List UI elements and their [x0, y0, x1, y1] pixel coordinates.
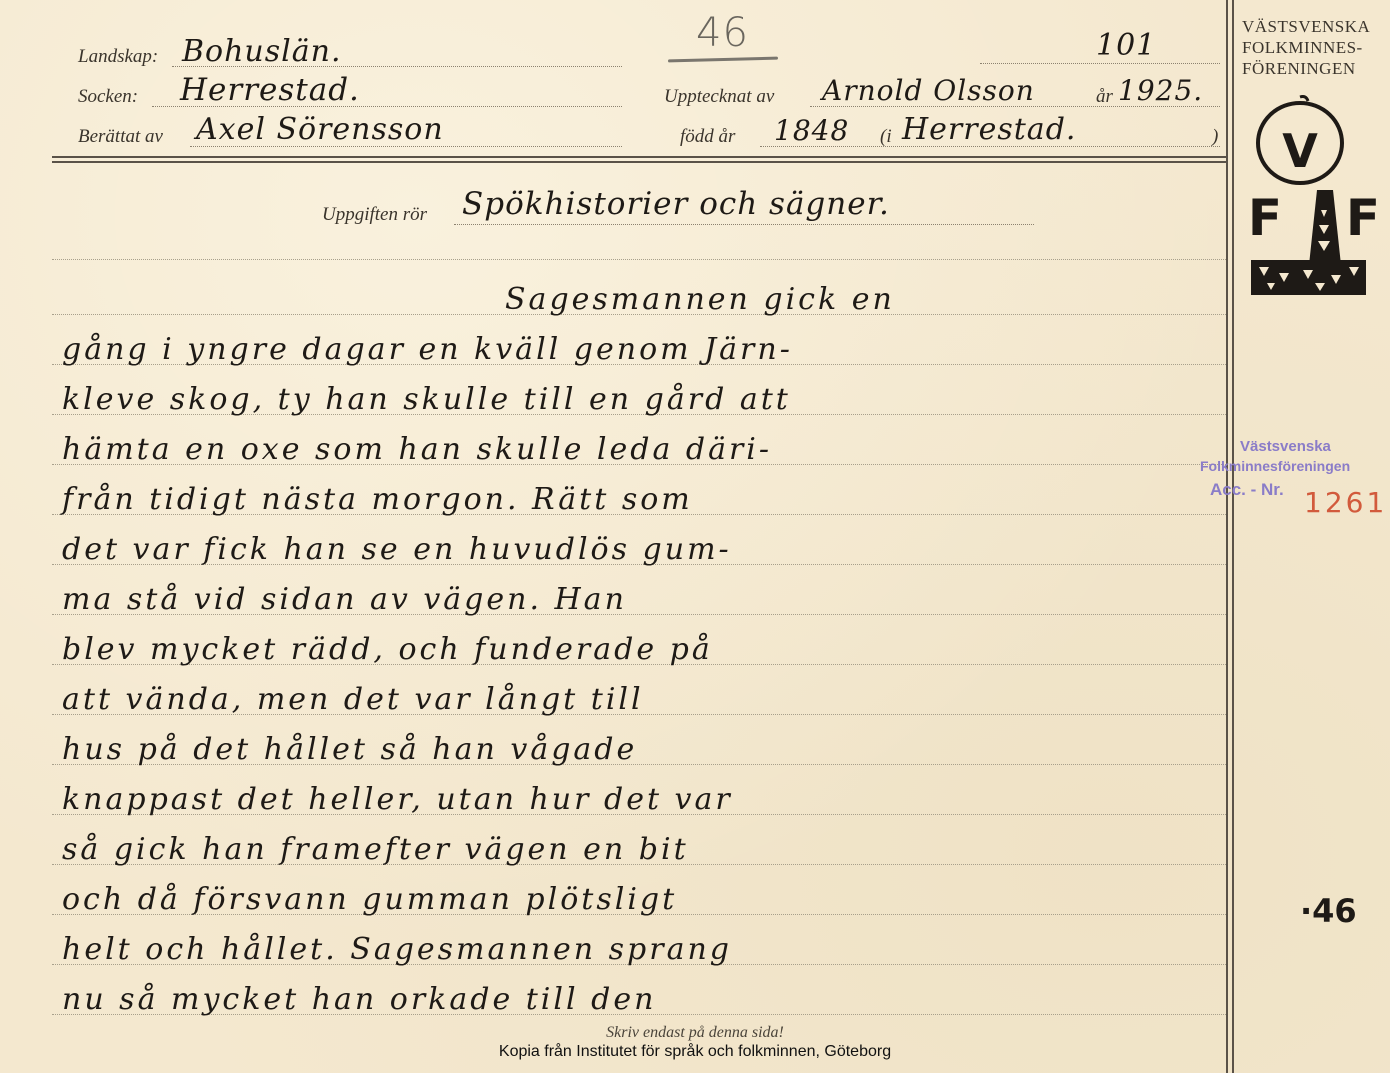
archive-number: 46	[696, 10, 749, 56]
body-line: och då försvann gumman plötsligt	[62, 882, 677, 917]
body-line: blev mycket rädd, och funderade på	[62, 632, 713, 667]
org-line: VÄSTSVENSKA	[1242, 16, 1382, 37]
ar-value: 1925.	[1118, 74, 1203, 107]
archive-number-underline	[668, 57, 778, 63]
fodd-label: född år	[680, 126, 735, 148]
ar-label: år	[1096, 86, 1113, 108]
page-number: ·46	[1300, 892, 1357, 930]
document-page: Landskap: Bohuslän. Socken: Herrestad. B…	[0, 0, 1390, 1073]
body-line: hämta en oxe som han skulle leda däri-	[62, 432, 772, 467]
body-line: så gick han framefter vägen en bit	[62, 832, 689, 867]
margin-rule	[1226, 0, 1228, 1073]
body-line: kleve skog, ty han skulle till en gård a…	[62, 382, 791, 417]
landskap-label: Landskap:	[78, 46, 158, 68]
berattat-value: Axel Sörensson	[196, 112, 444, 147]
body-line: det var fick han se en huvudlös gum-	[62, 532, 732, 567]
svg-text:F: F	[1248, 189, 1282, 247]
berattat-label: Berättat av	[78, 126, 163, 148]
body-line: Sagesmannen gick en	[505, 282, 895, 317]
body-line: gång i yngre dagar en kväll genom Järn-	[62, 332, 793, 367]
body-line: helt och hållet. Sagesmannen sprang	[62, 932, 732, 967]
ruled-line	[52, 259, 1226, 260]
stamp-line: Acc. - Nr.	[1210, 480, 1284, 500]
svg-text:V: V	[1282, 124, 1318, 178]
header-rule	[52, 156, 1226, 158]
accession-number: 1261	[1304, 486, 1387, 519]
upptecknat-label: Upptecknat av	[664, 86, 774, 108]
margin-rule	[1232, 0, 1234, 1073]
body-line: ma stå vid sidan av vägen. Han	[62, 582, 627, 617]
record-number: 101	[1096, 28, 1156, 63]
fodd-place-open: (i	[880, 126, 892, 148]
footer-instruction: Skriv endast på denna sida!	[0, 1024, 1390, 1042]
fodd-place: Herrestad.	[902, 112, 1076, 147]
body-line: nu så mycket han orkade till den	[62, 982, 656, 1017]
stamp-line: Västsvenska	[1240, 438, 1331, 455]
copy-notice: Kopia från Institutet för språk och folk…	[0, 1043, 1390, 1061]
subject-label: Uppgiften rör	[322, 204, 427, 226]
org-line: FÖRENINGEN	[1242, 58, 1382, 79]
header-rule	[52, 161, 1226, 163]
stamp-line: Folkminnesföreningen	[1200, 458, 1350, 474]
dotted-line	[454, 224, 1034, 225]
socken-value: Herrestad.	[180, 72, 360, 108]
upptecknat-value: Arnold Olsson	[822, 74, 1035, 107]
organization-name: VÄSTSVENSKA FOLKMINNES- FÖRENINGEN	[1242, 16, 1382, 79]
landskap-value: Bohuslän.	[182, 34, 341, 69]
vff-hammer-logo-icon: V F F	[1245, 95, 1385, 305]
fodd-place-close: )	[1212, 126, 1218, 148]
fodd-value: 1848	[774, 114, 849, 147]
body-line: från tidigt nästa morgon. Rätt som	[62, 482, 693, 517]
body-line: knappast det heller, utan hur det var	[62, 782, 733, 817]
subject-value: Spökhistorier och sägner.	[462, 186, 890, 222]
body-line: att vända, men det var långt till	[62, 682, 644, 717]
body-line: hus på det hållet så han vågade	[62, 732, 637, 767]
socken-label: Socken:	[78, 86, 138, 108]
svg-text:F: F	[1346, 189, 1380, 247]
org-line: FOLKMINNES-	[1242, 37, 1382, 58]
dotted-line	[980, 63, 1220, 64]
